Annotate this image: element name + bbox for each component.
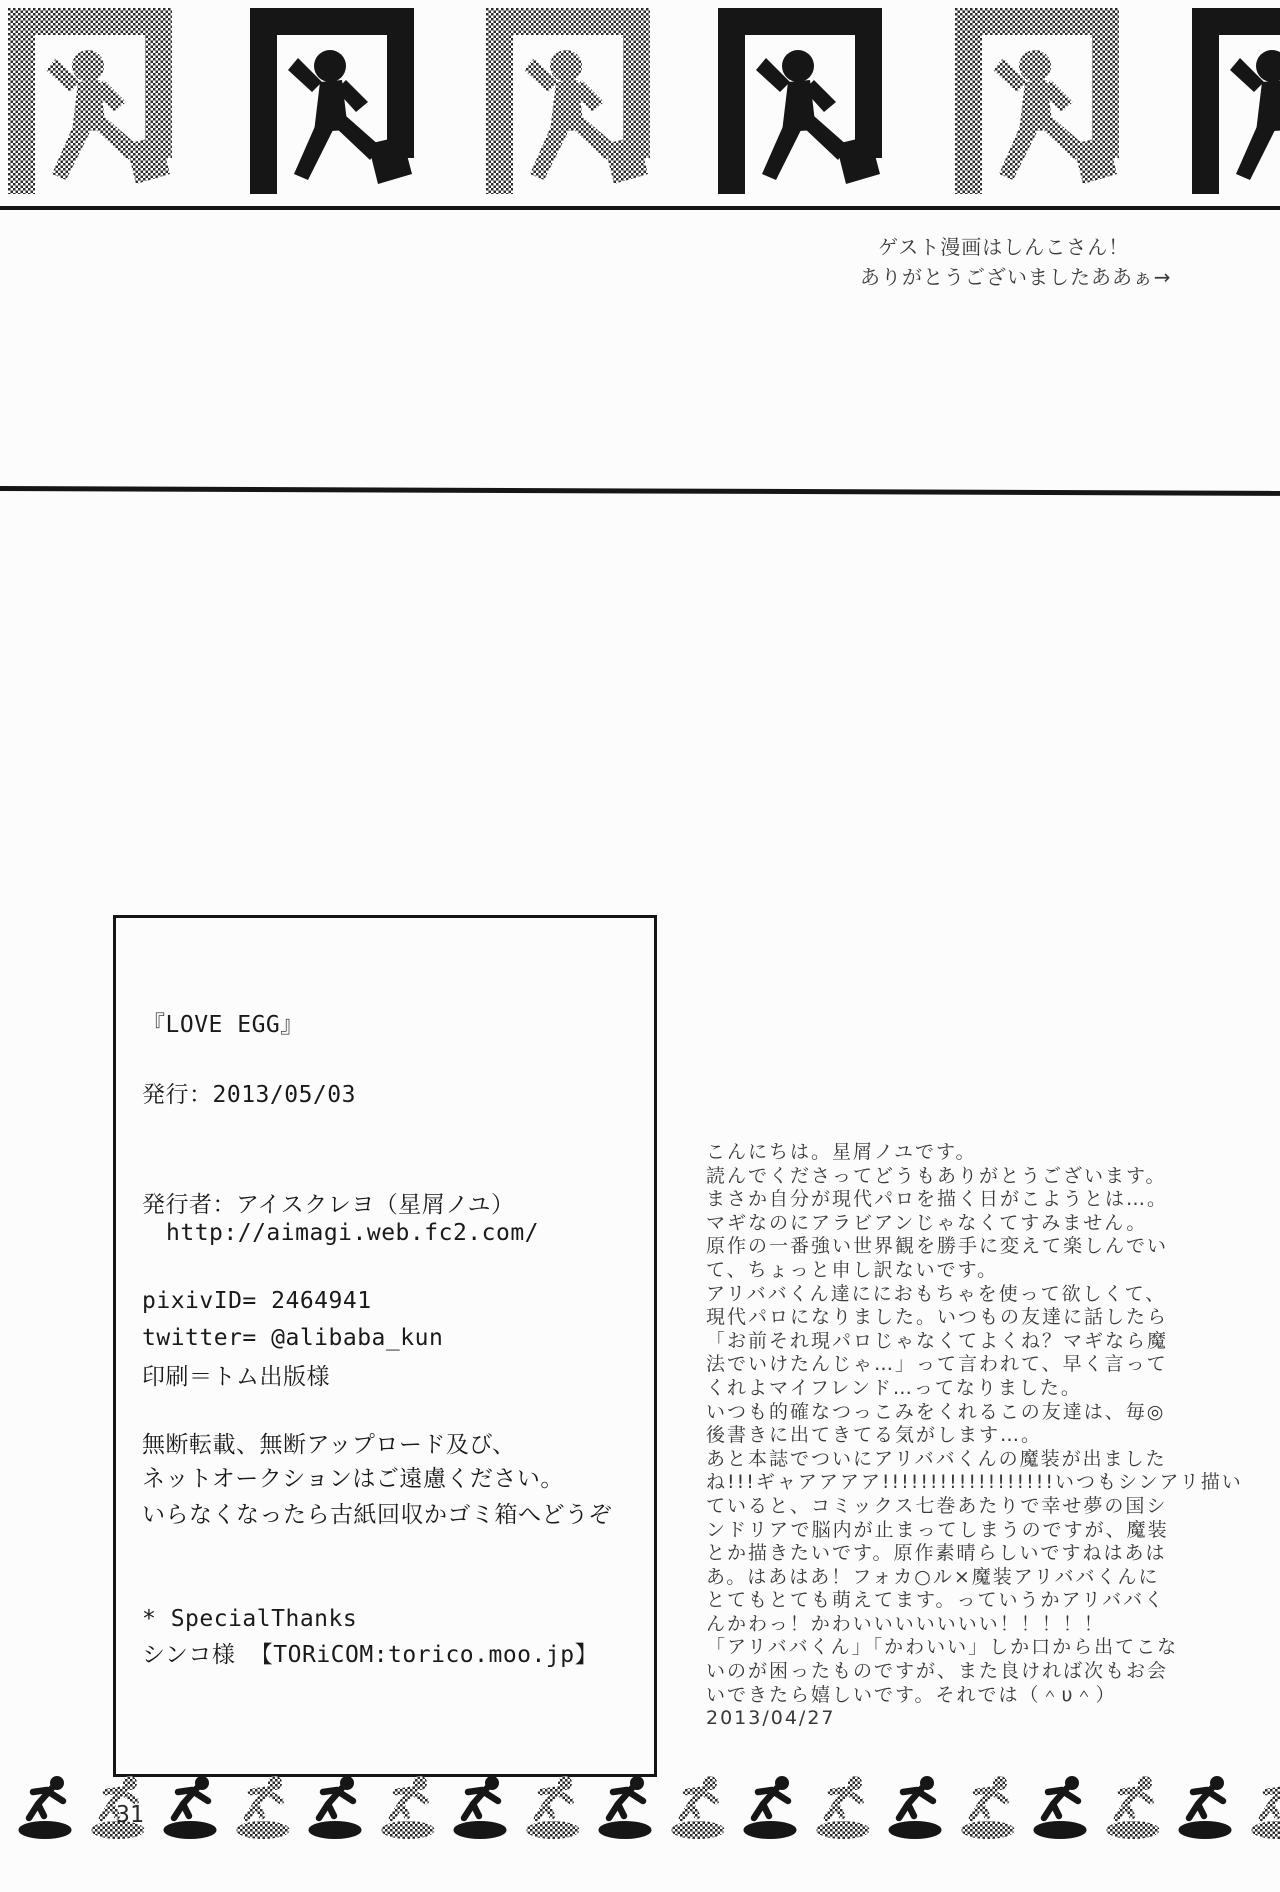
- afterword-line: 法でいけたんじゃ…」って言われて、早く言って: [706, 1353, 1266, 1377]
- page-number: 31: [116, 1802, 144, 1828]
- colophon-url: http://aimagi.web.fc2.com/: [166, 1220, 539, 1246]
- afterword-line: 「アリババくん」「かわいい」しか口から出てこな: [706, 1636, 1266, 1660]
- afterword-line: あと本誌でついにアリババくんの魔装が出ました: [706, 1448, 1266, 1472]
- afterword-line: んかわっ！かわいいいいいいい！！！！！: [706, 1613, 1266, 1637]
- afterword-text: こんにちは。星屑ノユです。 読んでくださってどうもありがとうございます。 まさか…: [706, 1141, 1266, 1731]
- divider-line-middle: [0, 486, 1280, 496]
- afterword-line: いのが困ったものですが、また良ければ次もお会: [706, 1660, 1266, 1684]
- running-man-hole-icon: [670, 1774, 726, 1840]
- divider-line-top: [0, 206, 1280, 210]
- afterword-line: とてもとても萌えてます。っていうかアリババく: [706, 1589, 1266, 1613]
- colophon-notice-line-3: いらなくなったら古紙回収かゴミ箱へどうぞ: [142, 1496, 612, 1529]
- colophon-printer: 印刷＝トム出版様: [142, 1358, 330, 1391]
- colophon-pixiv-id: pixivID= 2464941: [142, 1288, 372, 1314]
- afterword-line: いつも的確なつっこみをくれるこの友達は、毎◎: [706, 1401, 1266, 1425]
- guest-note-line-1: ゲスト漫画はしんこさん！: [860, 232, 1172, 262]
- afterword-line: アリババくん達ににおもちゃを使って欲しくて、: [706, 1283, 1266, 1307]
- afterword-line: 2013/04/27: [706, 1707, 1266, 1731]
- colophon-issued-date: 発行：2013/05/03: [142, 1076, 356, 1109]
- running-man-hole-icon: [235, 1774, 291, 1840]
- afterword-line: 読んでくださってどうもありがとうございます。: [706, 1165, 1266, 1189]
- exit-door-running-man-icon: [1192, 8, 1280, 194]
- colophon-special-thanks-label: * SpecialThanks: [142, 1606, 357, 1632]
- afterword-line: 現代パロになりました。いつもの友達に話したら: [706, 1306, 1266, 1330]
- afterword-line: て、ちょっと申し訳ないです。: [706, 1259, 1266, 1283]
- colophon-publisher: 発行者：アイスクレヨ（星屑ノユ）: [142, 1186, 515, 1219]
- running-man-hole-icon: [162, 1774, 218, 1840]
- colophon-notice-line-1: 無断転載、無断アップロード及び、: [142, 1426, 515, 1459]
- running-man-hole-icon: [380, 1774, 436, 1840]
- colophon-notice-line-2: ネットオークションはご遠慮ください。: [142, 1460, 564, 1493]
- afterword-line: いできたら嬉しいです。それでは（＾υ＾）: [706, 1684, 1266, 1708]
- afterword-line: ンドリアで脳内が止まってしまうのですが、魔装: [706, 1519, 1266, 1543]
- afterword-line: とか描きたいです。原作素晴らしいですねはあは: [706, 1542, 1266, 1566]
- afterword-line: くれよマイフレンド…ってなりました。: [706, 1377, 1266, 1401]
- afterword-line: ね!!!ギャアアアア!!!!!!!!!!!!!!!!!!いつもシンアリ描い: [706, 1471, 1266, 1495]
- colophon-special-thanks: シンコ様 【TORiCOM:torico.moo.jp】: [142, 1636, 598, 1669]
- afterword-line: 後書きに出てきてる気がします…。: [706, 1424, 1266, 1448]
- afterword-line: あ。はあはあ！フォカ○ル×魔装アリババくんに: [706, 1566, 1266, 1590]
- running-man-hole-icon: [815, 1774, 871, 1840]
- running-man-hole-icon: [1250, 1774, 1280, 1840]
- running-man-hole-icon: [1032, 1774, 1088, 1840]
- exit-door-running-man-icon: [250, 8, 414, 194]
- running-man-hole-icon: [960, 1774, 1016, 1840]
- colophon-title: 『LOVE EGG』: [142, 1006, 304, 1039]
- afterword-line: ていると、コミックス七巻あたりで幸せ夢の国シ: [706, 1495, 1266, 1519]
- running-man-hole-icon: [452, 1774, 508, 1840]
- afterword-line: こんにちは。星屑ノユです。: [706, 1141, 1266, 1165]
- running-man-hole-icon: [1105, 1774, 1161, 1840]
- running-man-hole-icon: [525, 1774, 581, 1840]
- guest-note-line-2: ありがとうございましたああぁ→: [860, 262, 1172, 292]
- colophon-box: 『LOVE EGG』 発行：2013/05/03 発行者：アイスクレヨ（星屑ノユ…: [113, 915, 657, 1777]
- afterword-line: 原作の一番強い世界観を勝手に変えて楽しんでい: [706, 1235, 1266, 1259]
- doujinshi-afterword-page: ゲスト漫画はしんこさん！ ありがとうございましたああぁ→ 『LOVE EGG』 …: [0, 0, 1280, 1892]
- running-man-hole-icon: [742, 1774, 798, 1840]
- running-man-hole-icon: [887, 1774, 943, 1840]
- exit-door-running-man-icon: [8, 8, 172, 194]
- guest-note: ゲスト漫画はしんこさん！ ありがとうございましたああぁ→: [860, 232, 1172, 292]
- afterword-line: マギなのにアラビアンじゃなくてすみません。: [706, 1212, 1266, 1236]
- afterword-line: まさか自分が現代パロを描く日がこようとは…。: [706, 1188, 1266, 1212]
- afterword-line: 「お前それ現パロじゃなくてよくね？マギなら魔: [706, 1330, 1266, 1354]
- running-man-hole-icon: [307, 1774, 363, 1840]
- exit-door-running-man-icon: [718, 8, 882, 194]
- exit-door-running-man-icon: [955, 8, 1119, 194]
- running-man-hole-icon: [1177, 1774, 1233, 1840]
- running-man-hole-icon: [597, 1774, 653, 1840]
- exit-door-running-man-icon: [486, 8, 650, 194]
- running-man-hole-icon: [17, 1774, 73, 1840]
- colophon-twitter: twitter= @alibaba_kun: [142, 1325, 443, 1351]
